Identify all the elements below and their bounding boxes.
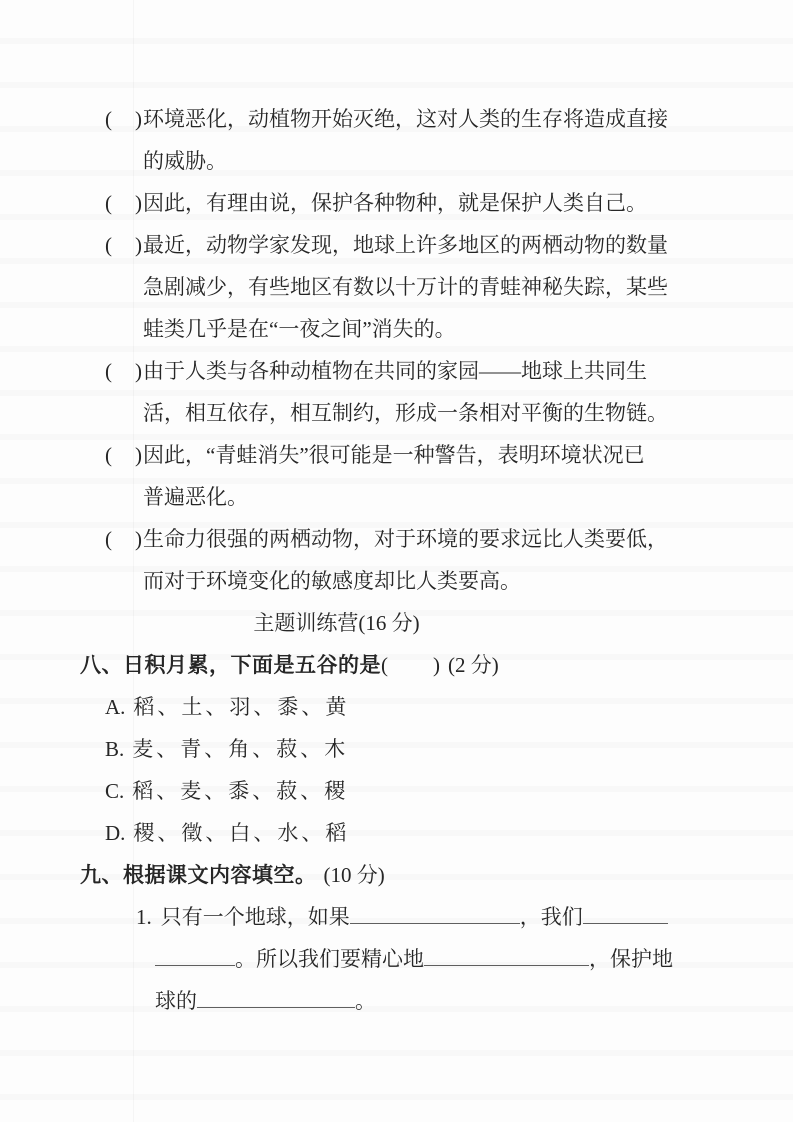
question-8-header: 八、日积月累，下面是五谷的是( )(2 分) xyxy=(0,644,793,686)
question-8: 八、日积月累，下面是五谷的是( )(2 分) A.稻、土、羽、黍、黄 B.麦、青… xyxy=(0,644,793,854)
ordering-item-text: 因此，有理由说，保护各种物种，就是保护人类自己。 xyxy=(143,191,647,215)
option-b: B.麦、青、角、菽、木 xyxy=(0,728,793,770)
ordering-item-2-line-1: ( )因此，有理由说，保护各种物种，就是保护人类自己。 xyxy=(0,182,793,224)
ordering-item-6-line-1: ( )生命力很强的两栖动物，对于环境的要求远比人类要低， xyxy=(0,518,793,560)
ordering-item-3-line-3: 蛙类几乎是在“一夜之间”消失的。 xyxy=(0,308,793,350)
fill-blank-line-1: 1.只有一个地球，如果，我们 xyxy=(0,896,793,938)
section-header: 主题训练营(16 分) xyxy=(0,602,793,644)
question-score: (10 分) xyxy=(324,863,385,887)
answer-blank-line xyxy=(350,903,520,924)
fill-text: ，我们 xyxy=(520,905,583,929)
option-text: 麦、青、角、菽、木 xyxy=(132,737,348,761)
question-stem: 根据课文内容填空。 xyxy=(123,863,317,887)
ordering-item-text: 由于人类与各种动植物在共同的家园——地球上共同生 xyxy=(143,359,647,383)
ordering-item-5-line-1: ( )因此，“青蛙消失”很可能是一种警告，表明环境状况已 xyxy=(0,434,793,476)
worksheet-page: ( )环境恶化，动植物开始灭绝，这对人类的生存将造成直接 的威胁。 ( )因此，… xyxy=(0,0,793,1022)
fill-blank-line-2: 。所以我们要精心地，保护地 xyxy=(0,938,793,980)
fill-text: 。 xyxy=(355,989,376,1013)
option-d: D.稷、徵、白、水、稻 xyxy=(0,812,793,854)
option-c: C.稻、麦、黍、菽、稷 xyxy=(0,770,793,812)
option-a: A.稻、土、羽、黍、黄 xyxy=(0,686,793,728)
answer-blank-line xyxy=(424,945,589,966)
fill-text: ，保护地 xyxy=(589,947,673,971)
answer-paren: ( ) xyxy=(105,191,143,215)
option-label: A. xyxy=(105,695,125,719)
ordering-item-text: 生命力很强的两栖动物，对于环境的要求远比人类要低， xyxy=(143,527,668,551)
ordering-item-4-line-2: 活，相互依存，相互制约，形成一条相对平衡的生物链。 xyxy=(0,392,793,434)
ordering-item-text: 最近，动物学家发现，地球上许多地区的两栖动物的数量 xyxy=(143,233,668,257)
ordering-item-4-line-1: ( )由于人类与各种动植物在共同的家园——地球上共同生 xyxy=(0,350,793,392)
fill-text: 。所以我们要精心地 xyxy=(235,947,424,971)
option-label: C. xyxy=(105,779,124,803)
question-9: 九、根据课文内容填空。(10 分) 1.只有一个地球，如果，我们 。所以我们要精… xyxy=(0,854,793,1022)
answer-blank-line xyxy=(197,987,355,1008)
ordering-item-6-line-2: 而对于环境变化的敏感度却比人类要高。 xyxy=(0,560,793,602)
ordering-item-text: 因此，“青蛙消失”很可能是一种警告，表明环境状况已 xyxy=(143,443,645,467)
question-score: (2 分) xyxy=(448,653,499,677)
question-stem: 日积月累，下面是五谷的是 xyxy=(123,653,381,677)
fill-text: 只有一个地球，如果 xyxy=(161,905,350,929)
answer-paren: ( ) xyxy=(381,653,441,677)
option-text: 稻、麦、黍、菽、稷 xyxy=(132,779,348,803)
answer-blank-line xyxy=(583,903,668,924)
answer-paren: ( ) xyxy=(105,359,143,383)
ordering-item-5-line-2: 普遍恶化。 xyxy=(0,476,793,518)
item-number: 1. xyxy=(136,905,152,929)
fill-blank-line-3: 球的。 xyxy=(0,980,793,1022)
ordering-item-1-line-2: 的威胁。 xyxy=(0,140,793,182)
option-text: 稻、土、羽、黍、黄 xyxy=(133,695,349,719)
ordering-exercise: ( )环境恶化，动植物开始灭绝，这对人类的生存将造成直接 的威胁。 ( )因此，… xyxy=(0,98,793,602)
answer-paren: ( ) xyxy=(105,107,143,131)
option-label: D. xyxy=(105,821,125,845)
answer-paren: ( ) xyxy=(105,527,143,551)
fill-blank-segments: 只有一个地球，如果，我们 xyxy=(161,905,668,929)
ordering-item-1-line-1: ( )环境恶化，动植物开始灭绝，这对人类的生存将造成直接 xyxy=(0,98,793,140)
option-label: B. xyxy=(105,737,124,761)
answer-paren: ( ) xyxy=(105,443,143,467)
ordering-item-3-line-2: 急剧减少，有些地区有数以十万计的青蛙神秘失踪，某些 xyxy=(0,266,793,308)
answer-paren: ( ) xyxy=(105,233,143,257)
ordering-item-3-line-1: ( )最近，动物学家发现，地球上许多地区的两栖动物的数量 xyxy=(0,224,793,266)
question-number: 九、 xyxy=(80,863,123,887)
ordering-item-text: 环境恶化，动植物开始灭绝，这对人类的生存将造成直接 xyxy=(143,107,668,131)
question-9-header: 九、根据课文内容填空。(10 分) xyxy=(0,854,793,896)
fill-text: 球的 xyxy=(155,989,197,1013)
question-number: 八、 xyxy=(80,653,123,677)
option-text: 稷、徵、白、水、稻 xyxy=(133,821,349,845)
answer-blank-line xyxy=(155,945,235,966)
